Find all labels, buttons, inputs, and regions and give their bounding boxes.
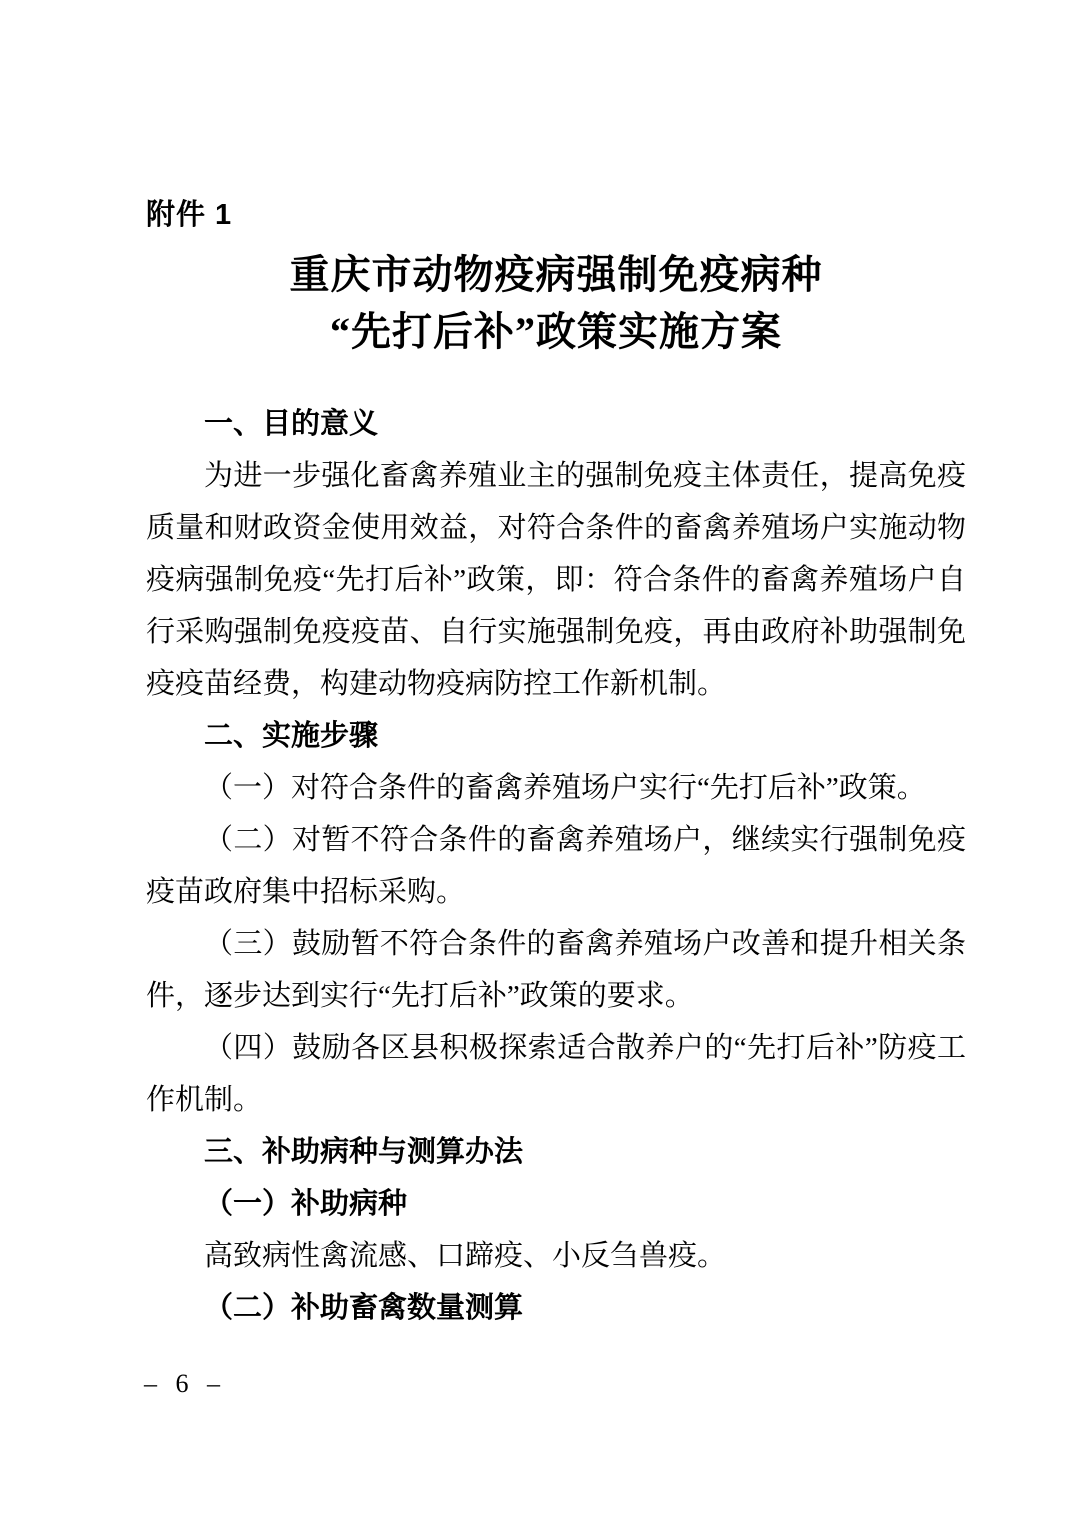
section-2-item-4: （四）鼓励各区县积极探索适合散养户的“先打后补”防疫工作机制。 <box>146 1022 966 1126</box>
section-2-item-2: （二）对暂不符合条件的畜禽养殖场户，继续实行强制免疫疫苗政府集中招标采购。 <box>146 814 966 918</box>
page-number: – 6 – <box>144 1368 226 1400</box>
section-heading-2: 二、实施步骤 <box>146 710 966 762</box>
section-3-paragraph-1: 高致病性禽流感、口蹄疫、小反刍兽疫。 <box>146 1230 966 1282</box>
document-page: 附件 1 重庆市动物疫病强制免疫病种 “先打后补”政策实施方案 一、目的意义 为… <box>0 0 1074 1520</box>
section-3-subheading-2: （二）补助畜禽数量测算 <box>146 1282 966 1334</box>
section-1-paragraph: 为进一步强化畜禽养殖业主的强制免疫主体责任，提高免疫质量和财政资金使用效益，对符… <box>146 450 966 710</box>
title-line-2: “先打后补”政策实施方案 <box>146 303 966 360</box>
document-title: 重庆市动物疫病强制免疫病种 “先打后补”政策实施方案 <box>146 246 966 360</box>
section-2-item-3: （三）鼓励暂不符合条件的畜禽养殖场户改善和提升相关条件，逐步达到实行“先打后补”… <box>146 918 966 1022</box>
document-content: 附件 1 重庆市动物疫病强制免疫病种 “先打后补”政策实施方案 一、目的意义 为… <box>146 198 966 1334</box>
section-3-subheading-1: （一）补助病种 <box>146 1178 966 1230</box>
title-line-1: 重庆市动物疫病强制免疫病种 <box>146 246 966 303</box>
attachment-label: 附件 1 <box>146 198 966 232</box>
section-2-item-1: （一）对符合条件的畜禽养殖场户实行“先打后补”政策。 <box>146 762 966 814</box>
section-heading-3: 三、补助病种与测算办法 <box>146 1126 966 1178</box>
section-heading-1: 一、目的意义 <box>146 398 966 450</box>
